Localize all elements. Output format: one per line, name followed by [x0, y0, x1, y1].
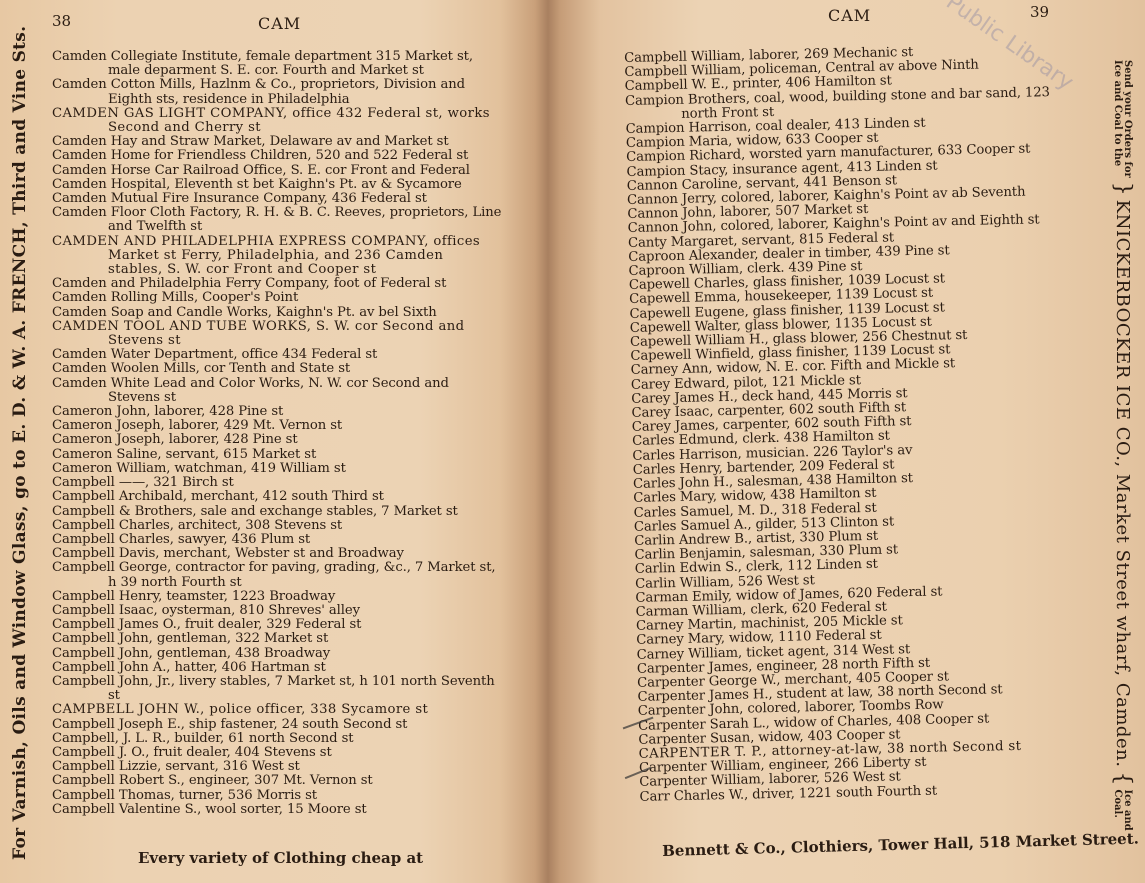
right-page: CAM 39 Campbell William, laborer, 269 Me…: [550, 0, 1145, 883]
directory-entry: Cameron John, laborer, 428 Pine st: [52, 405, 502, 419]
directory-entry: Cameron Joseph, laborer, 428 Pine st: [52, 433, 502, 447]
directory-entry: Campbell Isaac, oysterman, 810 Shreves' …: [52, 604, 502, 618]
directory-entry: Campbell John, gentleman, 438 Broadway: [52, 647, 502, 661]
directory-entry: Camden Water Department, office 434 Fede…: [52, 348, 502, 362]
directory-entry: Cameron William, watchman, 419 William s…: [52, 462, 502, 476]
directory-entry: Camden Hospital, Eleventh st bet Kaighn'…: [52, 178, 502, 192]
running-head: CAM: [258, 14, 301, 33]
directory-entry: Campbell Archibald, merchant, 412 south …: [52, 490, 502, 504]
directory-entry: CAMDEN TOOL AND TUBE WORKS, S. W. cor Se…: [52, 320, 502, 348]
directory-entry: Camden Mutual Fire Insurance Company, 43…: [52, 192, 502, 206]
directory-entry: Campbell Lizzie, servant, 316 West st: [52, 760, 502, 774]
directory-entry: Camden Collegiate Institute, female depa…: [52, 50, 502, 78]
margin-ad-line: Coal.: [1113, 789, 1123, 830]
directory-entry: Camden Soap and Candle Works, Kaighn's P…: [52, 306, 502, 320]
brace-glyph: {: [1110, 771, 1135, 785]
directory-entry: Campbell Valentine S., wool sorter, 15 M…: [52, 803, 502, 817]
margin-ad-main: KNICKERBOCKER ICE CO., Market Street wha…: [1112, 200, 1133, 768]
page-number: 39: [1030, 3, 1049, 21]
page-footer-ad: Every variety of Clothing cheap at: [138, 849, 423, 867]
directory-entry: Campbell James O., fruit dealer, 329 Fed…: [52, 618, 502, 632]
right-margin-advertisement: Send your Orders for Ice and Coal to the…: [1110, 60, 1135, 831]
directory-entry: Campbell, J. L. R., builder, 61 north Se…: [52, 732, 502, 746]
directory-entry: Campbell John A., hatter, 406 Hartman st: [52, 661, 502, 675]
directory-entry: Campbell & Brothers, sale and exchange s…: [52, 505, 502, 519]
margin-ad-line: Send your Orders for: [1123, 60, 1133, 178]
directory-entry: Campbell Charles, architect, 308 Stevens…: [52, 519, 502, 533]
directory-entry: Campbell ——, 321 Birch st: [52, 476, 502, 490]
margin-ad-suffix: Ice and Coal.: [1113, 789, 1133, 830]
directory-entry: CAMPBELL JOHN W., police officer, 338 Sy…: [52, 703, 502, 717]
directory-entry: Campbell John, Jr., livery stables, 7 Ma…: [52, 675, 502, 703]
directory-entry: CAMDEN AND PHILADELPHIA EXPRESS COMPANY,…: [52, 235, 502, 278]
margin-ad-prefix: Send your Orders for Ice and Coal to the: [1113, 60, 1133, 178]
directory-entry: Camden Rolling Mills, Cooper's Point: [52, 291, 502, 305]
page-footer-ad: Bennett & Co., Clothiers, Tower Hall, 51…: [662, 830, 1139, 860]
directory-entry: Camden Woolen Mills, cor Tenth and State…: [52, 362, 502, 376]
directory-entry: Camden Cotton Mills, Hazlnm & Co., propr…: [52, 78, 502, 106]
directory-entry: Cameron Joseph, laborer, 429 Mt. Vernon …: [52, 419, 502, 433]
directory-entries: Campbell William, laborer, 269 Mechanic …: [624, 43, 1085, 805]
page-number: 38: [52, 12, 71, 30]
directory-entry: Campbell Joseph E., ship fastener, 24 so…: [52, 718, 502, 732]
directory-entry: Camden Hay and Straw Market, Delaware av…: [52, 135, 502, 149]
directory-entries: Camden Collegiate Institute, female depa…: [52, 50, 502, 817]
directory-entry: Campbell George, contractor for paving, …: [52, 561, 502, 589]
directory-entry: Cameron Saline, servant, 615 Market st: [52, 448, 502, 462]
directory-entry: Camden White Lead and Color Works, N. W.…: [52, 377, 502, 405]
left-margin-advertisement: For Varnish, Oils and Window Glass, go t…: [10, 26, 30, 860]
directory-entry: Campbell Charles, sawyer, 436 Plum st: [52, 533, 502, 547]
directory-entry: Camden Floor Cloth Factory, R. H. & B. C…: [52, 206, 502, 234]
directory-entry: Camden Horse Car Railroad Office, S. E. …: [52, 164, 502, 178]
directory-entry: Campbell Thomas, turner, 536 Morris st: [52, 789, 502, 803]
directory-entry: Campbell Davis, merchant, Webster st and…: [52, 547, 502, 561]
running-head: CAM: [828, 6, 871, 25]
margin-ad-line: Ice and: [1123, 789, 1133, 830]
directory-entry: CAMDEN GAS LIGHT COMPANY, office 432 Fed…: [52, 107, 502, 135]
directory-entry: Campbell J. O., fruit dealer, 404 Steven…: [52, 746, 502, 760]
margin-ad-line: Ice and Coal to the: [1113, 60, 1123, 178]
directory-entry: Campbell Robert S., engineer, 307 Mt. Ve…: [52, 774, 502, 788]
directory-entry: Campbell Henry, teamster, 1223 Broadway: [52, 590, 502, 604]
brace-glyph: }: [1110, 182, 1135, 196]
left-page: 38 CAM Camden Collegiate Institute, fema…: [0, 0, 545, 883]
directory-entry: Camden Home for Friendless Children, 520…: [52, 149, 502, 163]
directory-entry: Campbell John, gentleman, 322 Market st: [52, 632, 502, 646]
directory-entry: Camden and Philadelphia Ferry Company, f…: [52, 277, 502, 291]
